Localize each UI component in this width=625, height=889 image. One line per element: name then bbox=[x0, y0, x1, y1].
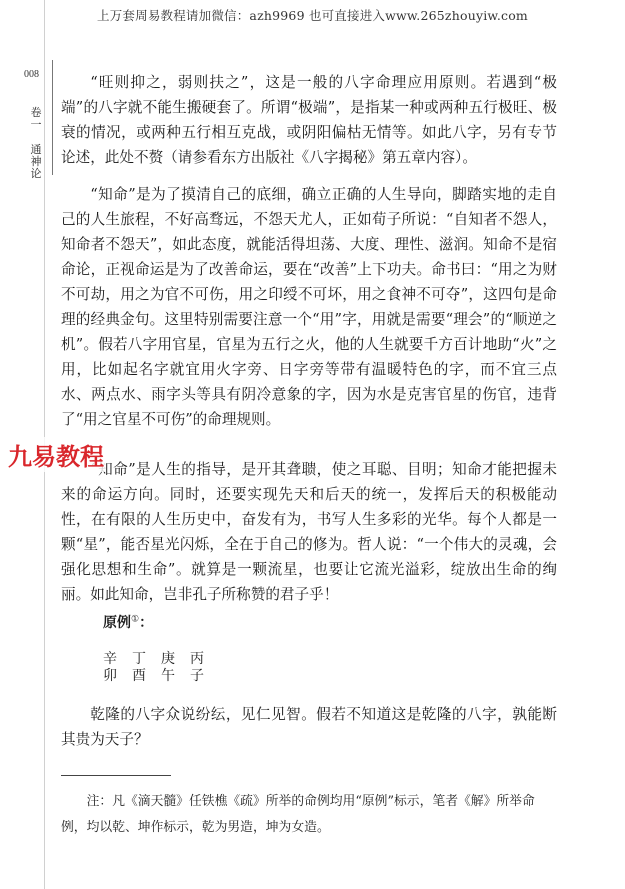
footnote: 注：凡《滴天髓》任铁樵《疏》所举的命例均用“原例”标示，笔者《解》所举命例，均以… bbox=[61, 789, 557, 841]
earthly-branches-row: 卯 酉 午 子 bbox=[103, 668, 219, 685]
branch-hour: 子 bbox=[190, 668, 219, 685]
paragraph-3: “知命”是人生的指导，是开其聋聩，使之耳聪、目明；知命才能把握未来的命运方向。同… bbox=[61, 457, 557, 607]
paragraph-1: “旺则抑之，弱则扶之”，这是一般的八字命理应用原则。若遇到“极端”的八字就不能生… bbox=[61, 70, 557, 170]
paragraph-text: 乾隆的八字众说纷纭，见仁见智。假若不知道这是乾隆的八字，孰能断其贵为天子？ bbox=[61, 702, 557, 752]
paragraph-text: “知命”是人生的指导，是开其聋聩，使之耳聪、目明；知命才能把握未来的命运方向。同… bbox=[61, 457, 557, 607]
chapter-label: 通神论 bbox=[30, 144, 42, 180]
volume-label: 卷一 bbox=[30, 107, 42, 131]
header-watermark: 上万套周易教程请加微信：azh9969 也可直接进入www.265zhouyiw… bbox=[0, 6, 625, 24]
footnote-divider bbox=[61, 775, 171, 776]
footnote-text: 注：凡《滴天髓》任铁樵《疏》所举的命例均用“原例”标示，笔者《解》所举命例，均以… bbox=[61, 789, 557, 841]
footnote-marker: ① bbox=[131, 614, 139, 624]
example-colon: ： bbox=[139, 615, 153, 631]
stem-day: 庚 bbox=[161, 651, 190, 668]
paragraph-4: 乾隆的八字众说纷纭，见仁见智。假若不知道这是乾隆的八字，孰能断其贵为天子？ bbox=[61, 702, 557, 752]
paragraph-2: “知命”是为了摸清自己的底细，确立正确的人生导向，脚踏实地的走自己的人生旅程，不… bbox=[61, 182, 557, 432]
example-heading: 原例①： bbox=[103, 612, 153, 632]
watermark-logo: 九易教程 bbox=[6, 437, 106, 472]
margin-divider bbox=[52, 60, 53, 175]
stem-hour: 丙 bbox=[190, 651, 219, 668]
paragraph-text: “知命”是为了摸清自己的底细，确立正确的人生导向，脚踏实地的走自己的人生旅程，不… bbox=[61, 182, 557, 432]
paragraph-text: “旺则抑之，弱则扶之”，这是一般的八字命理应用原则。若遇到“极端”的八字就不能生… bbox=[61, 70, 557, 170]
bazi-pillars: 辛 丁 庚 丙 卯 酉 午 子 bbox=[103, 651, 219, 685]
heavenly-stems-row: 辛 丁 庚 丙 bbox=[103, 651, 219, 668]
branch-day: 午 bbox=[161, 668, 190, 685]
branch-year: 卯 bbox=[103, 668, 132, 685]
page-number: 008 bbox=[24, 69, 39, 80]
branch-month: 酉 bbox=[132, 668, 161, 685]
example-title: 原例 bbox=[103, 615, 131, 631]
stem-year: 辛 bbox=[103, 651, 132, 668]
stem-month: 丁 bbox=[132, 651, 161, 668]
